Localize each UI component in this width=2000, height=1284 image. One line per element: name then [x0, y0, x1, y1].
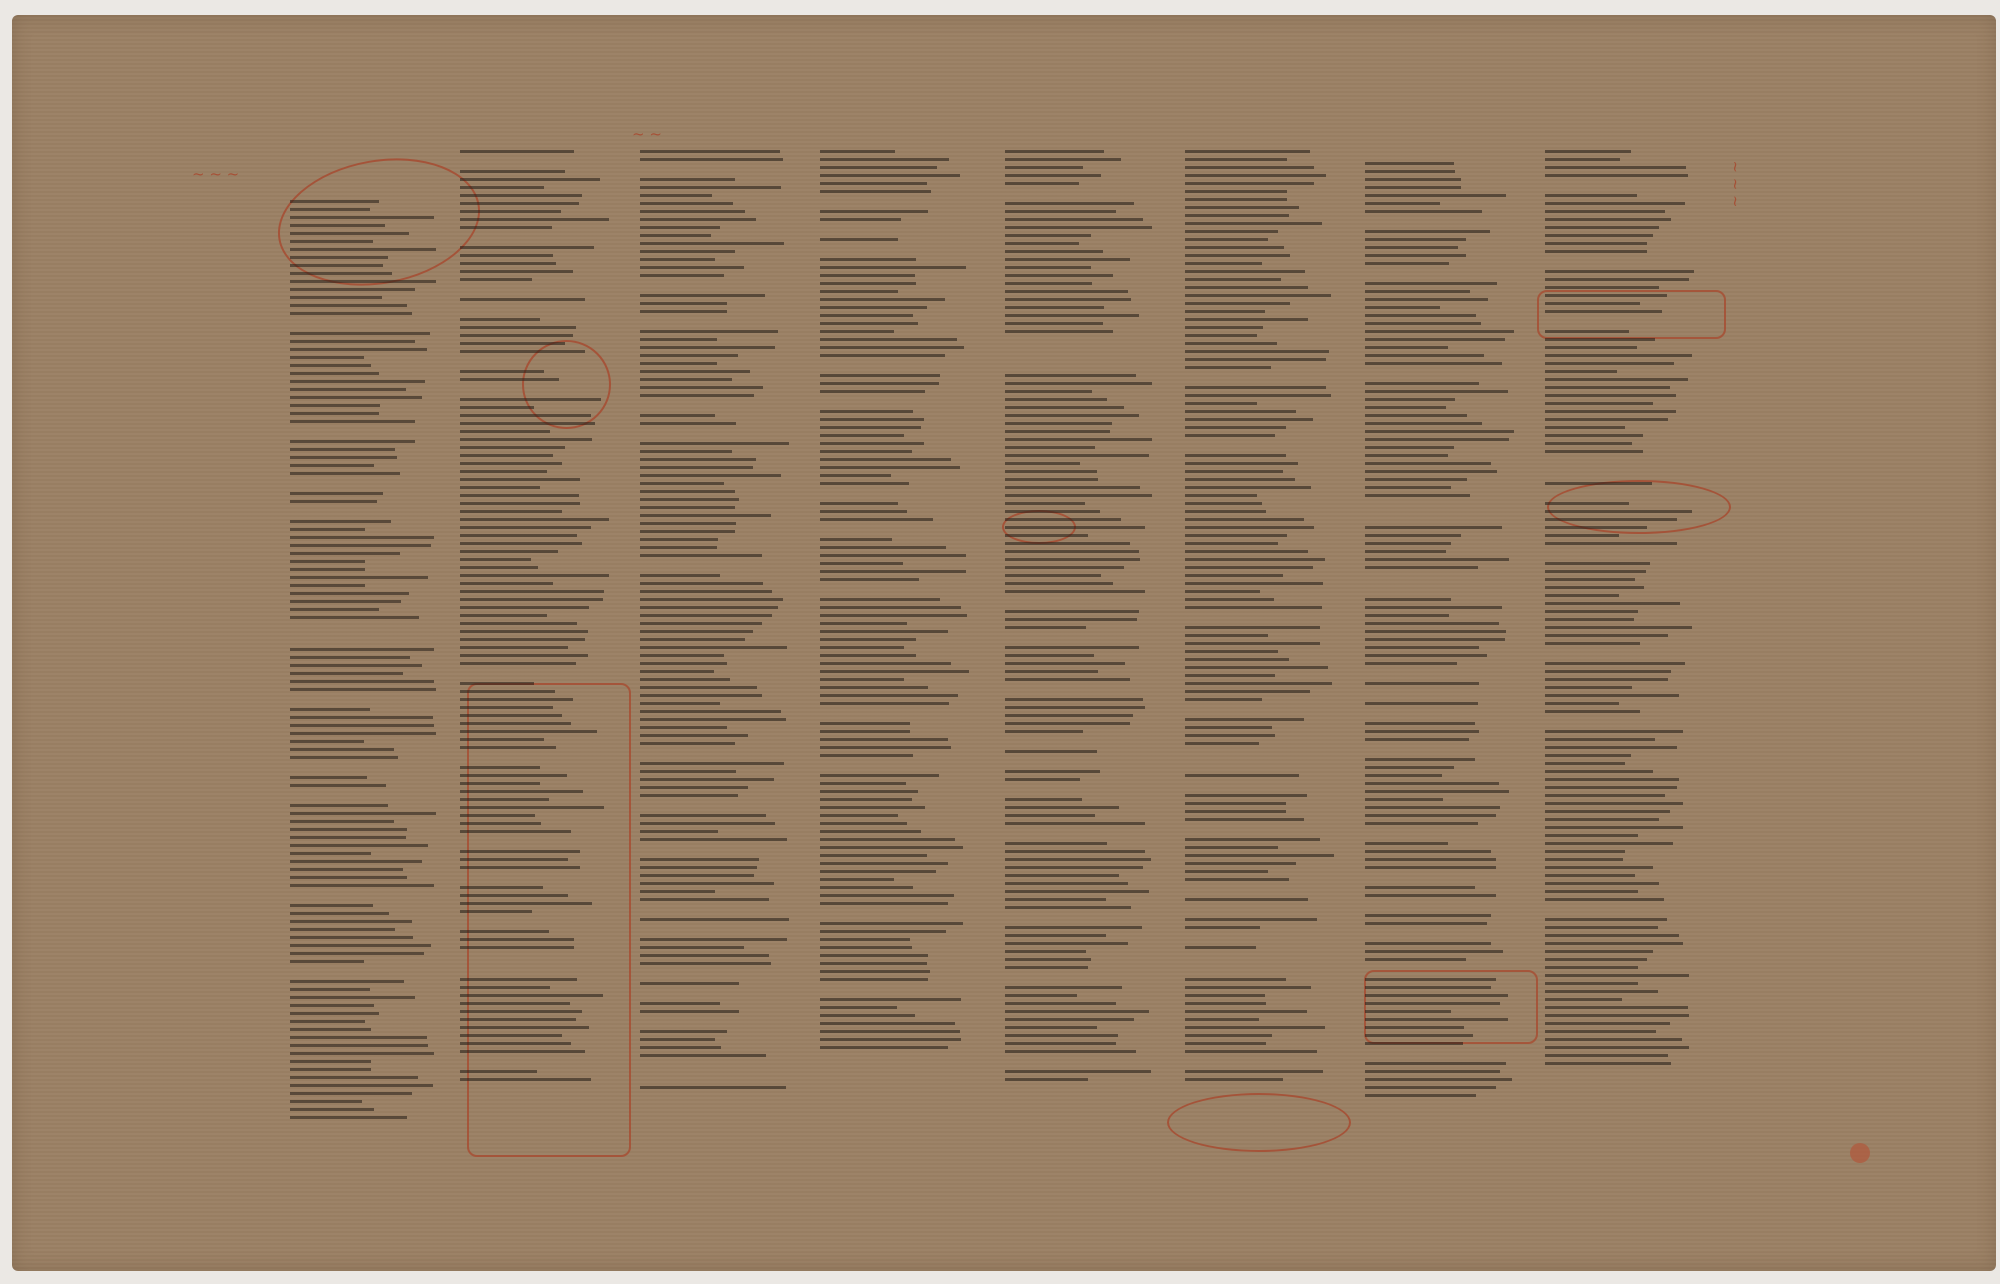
text-column	[460, 150, 610, 1086]
annotation-circle	[1167, 1093, 1351, 1152]
handwritten-note: ~ ~	[632, 125, 662, 143]
text-column	[1365, 150, 1515, 1102]
text-column	[640, 150, 790, 1094]
text-column	[820, 150, 970, 1090]
text-column	[290, 200, 440, 1124]
text-column	[1185, 150, 1335, 1086]
seal-stamp	[1850, 1143, 1870, 1163]
handwritten-note: ~ ~ ~	[192, 165, 239, 183]
text-column	[1545, 150, 1695, 1070]
handwritten-note: ~ ~ ~	[1727, 160, 1745, 207]
text-column	[1005, 150, 1155, 1086]
